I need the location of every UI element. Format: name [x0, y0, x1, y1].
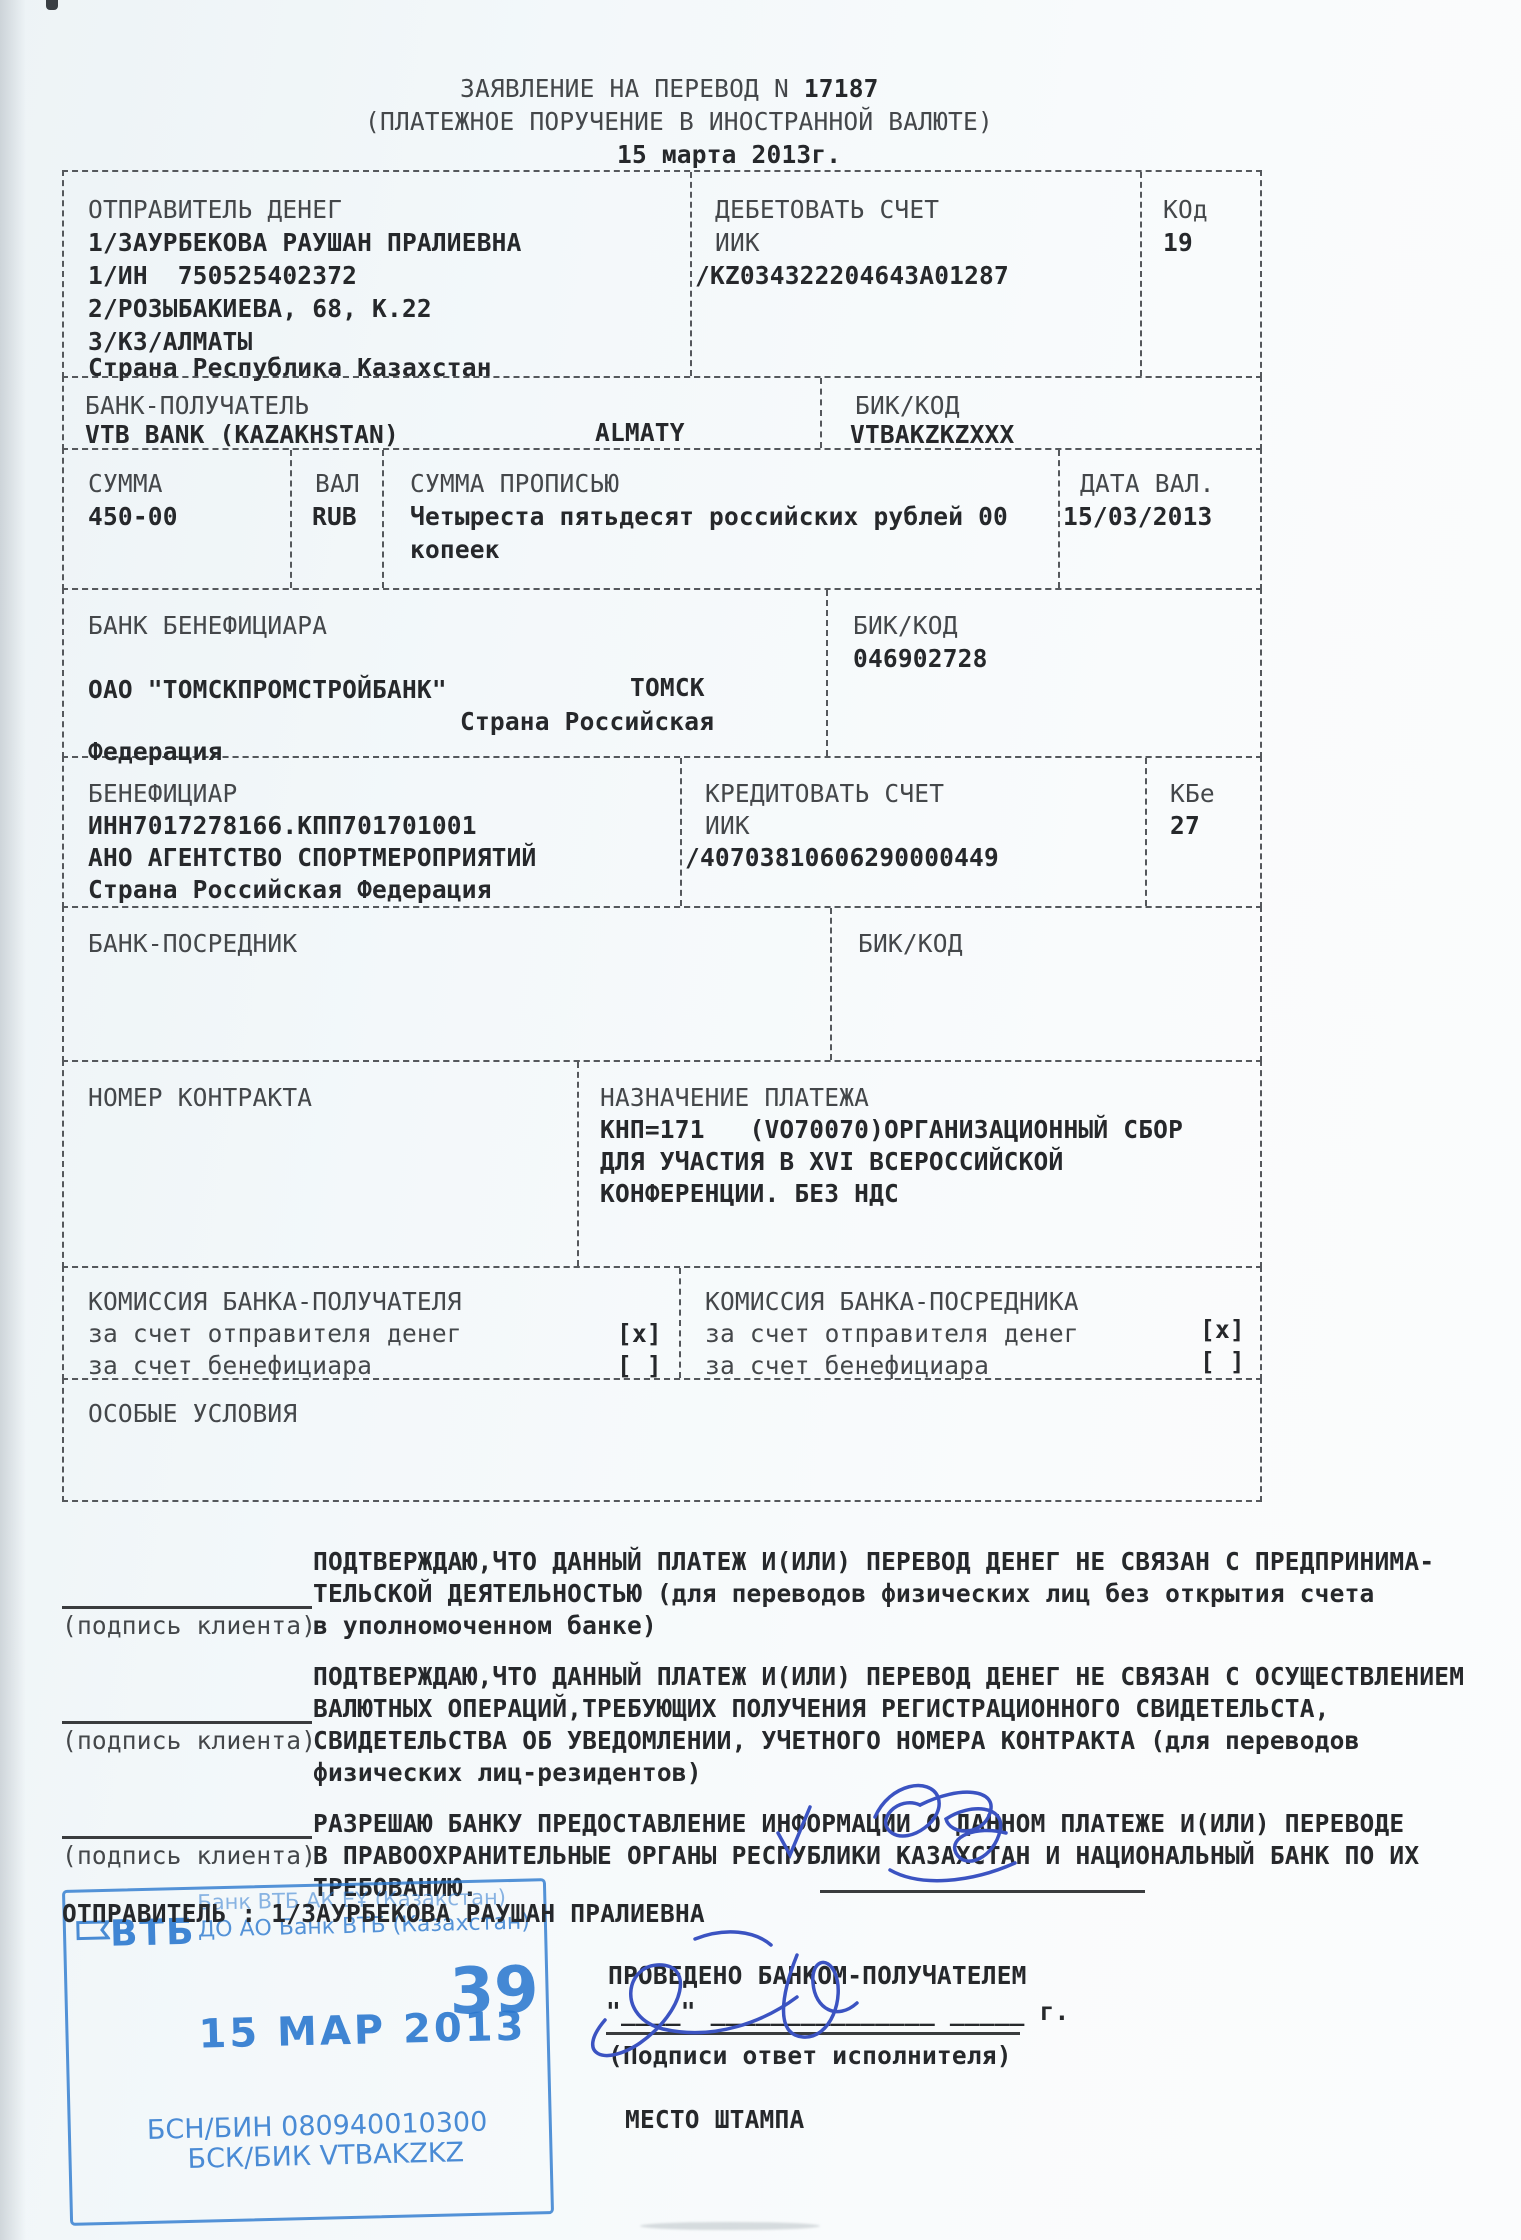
- commission-receiver-option1-checkbox: [x]: [617, 1320, 662, 1348]
- beneficiary-bank-bik-label: БИК/КОД: [853, 612, 958, 640]
- commission-intermediary-option1: за счет отправителя денег: [705, 1320, 1079, 1348]
- declaration1-line3: в уполномоченном банке): [313, 1612, 657, 1640]
- beneficiary-inn: ИНН7017278166.КПП701701001: [88, 812, 477, 840]
- payment-purpose-label: НАЗНАЧЕНИЕ ПЛАТЕЖА: [600, 1084, 869, 1112]
- amount-label: СУММА: [88, 470, 163, 498]
- intermediary-bank-label: БАНК-ПОСРЕДНИК: [88, 930, 297, 958]
- column-divider: [680, 758, 682, 906]
- payment-purpose-line1: КНП=171 (VO70070)ОРГАНИЗАЦИОННЫЙ СБОР: [600, 1116, 1183, 1144]
- value-date: 15/03/2013: [1063, 503, 1213, 531]
- sender-name: 1/ЗАУРБЕКОВА РАУШАН ПРАЛИЕВНА: [88, 229, 522, 257]
- column-divider: [1058, 450, 1060, 588]
- receiver-bank-name: VTB BANK (KAZAKHSTAN): [85, 421, 399, 449]
- client-signature-label-2: (подпись клиента): [62, 1727, 316, 1755]
- debit-account-label: ДЕБЕТОВАТЬ СЧЕТ: [715, 196, 939, 224]
- scanned-payment-order: ЗАЯВЛЕНИЕ НА ПЕРЕВОД N 17187 (ПЛАТЕЖНОЕ …: [0, 0, 1521, 2240]
- currency-value: RUB: [312, 503, 357, 531]
- payment-purpose-line3: КОНФЕРЕНЦИИ. БЕЗ НДС: [600, 1180, 899, 1208]
- amount-value: 450-00: [88, 503, 178, 531]
- executor-ink-signature: [545, 1925, 1025, 2075]
- sender-city: 3/КЗ/АЛМАТЫ: [88, 328, 252, 356]
- commission-intermediary-option2-checkbox: [ ]: [1200, 1348, 1245, 1376]
- column-divider: [820, 378, 822, 448]
- commission-intermediary-option2: за счет бенефициара: [705, 1352, 989, 1380]
- document-date: 15 марта 2013г.: [617, 141, 841, 169]
- contract-number-label: НОМЕР КОНТРАКТА: [88, 1084, 312, 1112]
- beneficiary-bank-bik-value: 046902728: [853, 645, 988, 673]
- value-date-label: ДАТА ВАЛ.: [1080, 470, 1215, 498]
- client-signature-line-3: [62, 1836, 312, 1839]
- beneficiary-bank-label: БАНК БЕНЕФИЦИАРА: [88, 612, 327, 640]
- scan-fold-mark: [640, 2222, 820, 2230]
- special-conditions-label: ОСОБЫЕ УСЛОВИЯ: [88, 1400, 297, 1428]
- kbe-label: КБе: [1170, 780, 1215, 808]
- commission-receiver-option1: за счет отправителя денег: [88, 1320, 462, 1348]
- receiver-bank-label: БАНК-ПОЛУЧАТЕЛЬ: [85, 392, 309, 420]
- declaration2-line3: СВИДЕТЕЛЬСТВА ОБ УВЕДОМЛЕНИИ, УЧЕТНОГО Н…: [313, 1727, 1360, 1755]
- commission-receiver-option2-checkbox: [ ]: [617, 1352, 662, 1380]
- sender-label: ОТПРАВИТЕЛЬ ДЕНЕГ: [88, 196, 342, 224]
- footer-sender-line: ОТПРАВИТЕЛЬ : 1/ЗАУРБЕКОВА РАУШАН ПРАЛИЕ…: [62, 1900, 705, 1928]
- beneficiary-bank-city: ТОМСК: [630, 674, 705, 702]
- sender-address: 2/РОЗЫБАКИЕВА, 68, К.22: [88, 295, 432, 323]
- stamp-date: 15 МАР 2013: [198, 2004, 527, 2058]
- payment-purpose-line2: ДЛЯ УЧАСТИЯ В XVI ВСЕРОССИЙСКОЙ: [600, 1148, 1063, 1176]
- column-divider: [1140, 172, 1142, 376]
- column-divider: [690, 172, 692, 376]
- column-divider: [830, 908, 832, 1060]
- beneficiary-country: Страна Российская Федерация: [88, 876, 492, 904]
- receiver-bank-city: ALMATY: [595, 419, 685, 447]
- amount-words-line2: копеек: [410, 536, 500, 564]
- beneficiary-bank-country-2: Федерация: [88, 738, 223, 766]
- client-signature-label-3: (подпись клиента): [62, 1842, 316, 1870]
- beneficiary-label: БЕНЕФИЦИАР: [88, 780, 238, 808]
- document-subtitle: (ПЛАТЕЖНОЕ ПОРУЧЕНИЕ В ИНОСТРАННОЙ ВАЛЮТ…: [365, 108, 993, 136]
- declaration1-line2: ТЕЛЬСКОЙ ДЕЯТЕЛЬНОСТЬЮ (для переводов фи…: [313, 1580, 1374, 1608]
- column-divider: [826, 590, 828, 756]
- column-divider: [382, 450, 384, 588]
- declaration2-line2: ВАЛЮТНЫХ ОПЕРАЦИЙ,ТРЕБУЮЩИХ ПОЛУЧЕНИЯ РЕ…: [313, 1695, 1330, 1723]
- column-divider: [679, 1268, 681, 1378]
- commission-intermediary-label: КОМИССИЯ БАНКА-ПОСРЕДНИКА: [705, 1288, 1079, 1316]
- commission-receiver-option2: за счет бенефициара: [88, 1352, 372, 1380]
- beneficiary-bank-country-1: Страна Российская: [460, 708, 714, 736]
- client-signature-label-1: (подпись клиента): [62, 1612, 316, 1640]
- receiver-bik-label: БИК/КОД: [855, 392, 960, 420]
- amount-words-label: СУММА ПРОПИСЬЮ: [410, 470, 619, 498]
- section-special-box: [62, 1378, 1262, 1502]
- kbe-value: 27: [1170, 812, 1200, 840]
- declaration2-line4: физических лиц-резидентов): [313, 1759, 702, 1787]
- currency-label: ВАЛ: [315, 470, 360, 498]
- declaration2-line1: ПОДТВЕРЖДАЮ,ЧТО ДАННЫЙ ПЛАТЕЖ И(ИЛИ) ПЕР…: [313, 1663, 1464, 1691]
- code-value: 19: [1163, 229, 1193, 257]
- column-divider: [1145, 758, 1147, 906]
- receiver-bik-value: VTBAKZKZXXX: [850, 421, 1014, 449]
- credit-iik-value: /40703810606290000449: [685, 844, 999, 872]
- commission-receiver-label: КОМИССИЯ БАНКА-ПОЛУЧАТЕЛЯ: [88, 1288, 462, 1316]
- scan-artifact: [46, 0, 58, 10]
- stamp-place-label: МЕСТО ШТАМПА: [625, 2106, 804, 2134]
- bank-stamp: Банк ВТБ АК ЕҰ (Казакстан) ДО АО Банк ВТ…: [62, 1878, 554, 2226]
- document-number: 17187: [804, 74, 879, 103]
- client-signature-line-1: [62, 1606, 312, 1609]
- debit-iik-label: ИИК: [715, 229, 760, 257]
- sender-ink-signature: [770, 1775, 1050, 1900]
- column-divider: [290, 450, 292, 588]
- sender-country: Страна Республика Казахстан: [88, 354, 492, 382]
- debit-iik-value: /KZ034322204643A01287: [695, 262, 1009, 290]
- amount-words-line1: Четыреста пятьдесят российских рублей 00: [410, 503, 1008, 531]
- client-signature-line-2: [62, 1721, 312, 1724]
- stamp-bik-line: БСК/БИК VTBAKZKZ: [187, 2137, 464, 2175]
- column-divider: [577, 1062, 579, 1266]
- credit-account-label: КРЕДИТОВАТЬ СЧЕТ: [705, 780, 944, 808]
- credit-iik-label: ИИК: [705, 812, 750, 840]
- sender-iin: 1/ИН 750525402372: [88, 262, 357, 290]
- intermediary-bik-label: БИК/КОД: [858, 930, 963, 958]
- document-title: ЗАЯВЛЕНИЕ НА ПЕРЕВОД N 17187: [460, 75, 879, 103]
- title-text: ЗАЯВЛЕНИЕ НА ПЕРЕВОД N: [460, 74, 804, 103]
- beneficiary-bank-name: ОАО "ТОМСКПРОМСТРОЙБАНК": [88, 676, 447, 704]
- scan-edge-shadow: [0, 0, 26, 2240]
- declaration1-line1: ПОДТВЕРЖДАЮ,ЧТО ДАННЫЙ ПЛАТЕЖ И(ИЛИ) ПЕР…: [313, 1548, 1434, 1576]
- code-label: КОд: [1163, 196, 1208, 224]
- commission-intermediary-option1-checkbox: [x]: [1200, 1316, 1245, 1344]
- beneficiary-name: АНО АГЕНТСТВО СПОРТМЕРОПРИЯТИЙ: [88, 844, 537, 872]
